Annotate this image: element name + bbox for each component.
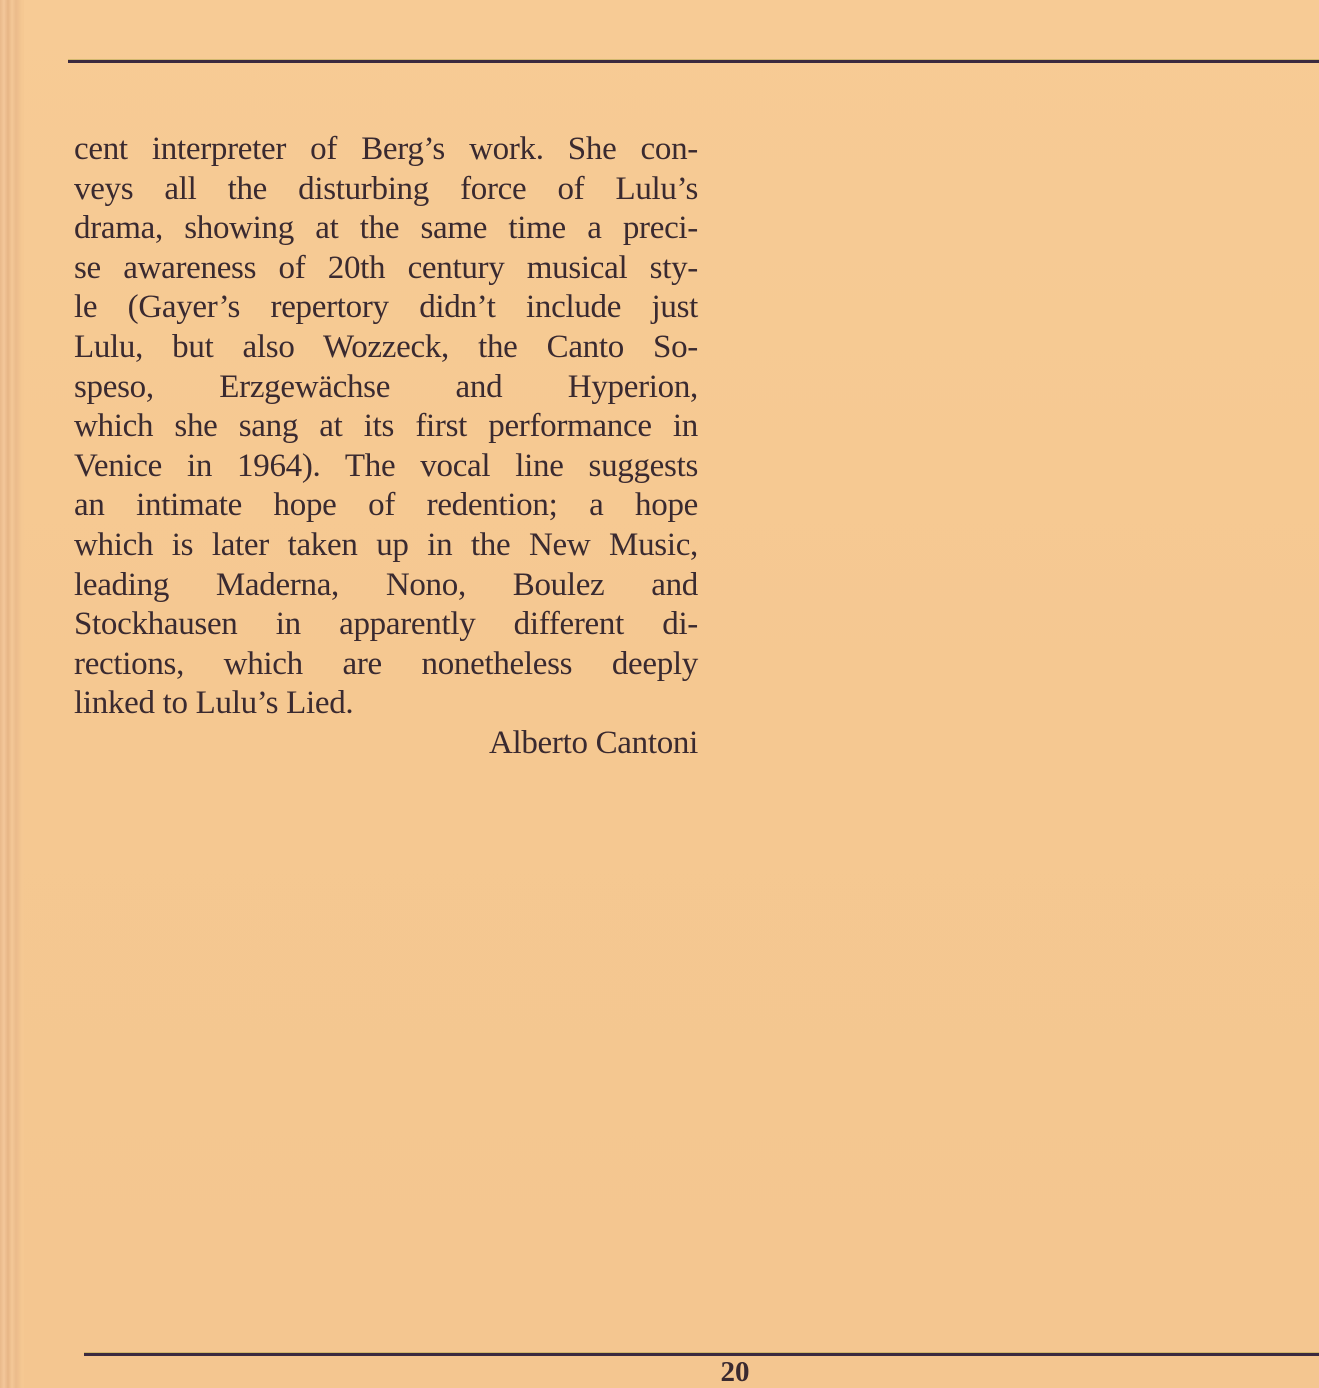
body-line: an intimate hope of redention; a hope — [74, 486, 698, 526]
body-line: drama, showing at the same time a preci- — [74, 209, 698, 249]
page-number: 20 — [700, 1356, 770, 1388]
page-edge — [0, 0, 24, 1388]
body-line: cent interpreter of Berg’s work. She con… — [74, 130, 698, 170]
top-rule — [68, 60, 1319, 63]
body-line: Stockhausen in apparently different di- — [74, 605, 698, 645]
body-line: rections, which are nonetheless deeply — [74, 645, 698, 685]
body-line: speso, Erzgewächse and Hyperion, — [74, 368, 698, 408]
text-column: cent interpreter of Berg’s work. She con… — [74, 130, 698, 764]
body-line: Lulu, but also Wozzeck, the Canto So- — [74, 328, 698, 368]
body-line: se awareness of 20th century musical sty… — [74, 249, 698, 289]
body-line: linked to Lulu’s Lied. — [74, 684, 698, 724]
body-line: le (Gayer’s repertory didn’t include jus… — [74, 288, 698, 328]
body-line: which she sang at its first performance … — [74, 407, 698, 447]
body-line: leading Maderna, Nono, Boulez and — [74, 566, 698, 606]
body-line: veys all the disturbing force of Lulu’s — [74, 170, 698, 210]
body-line: which is later taken up in the New Music… — [74, 526, 698, 566]
author-signature: Alberto Cantoni — [74, 724, 698, 764]
body-line: Venice in 1964). The vocal line suggests — [74, 447, 698, 487]
